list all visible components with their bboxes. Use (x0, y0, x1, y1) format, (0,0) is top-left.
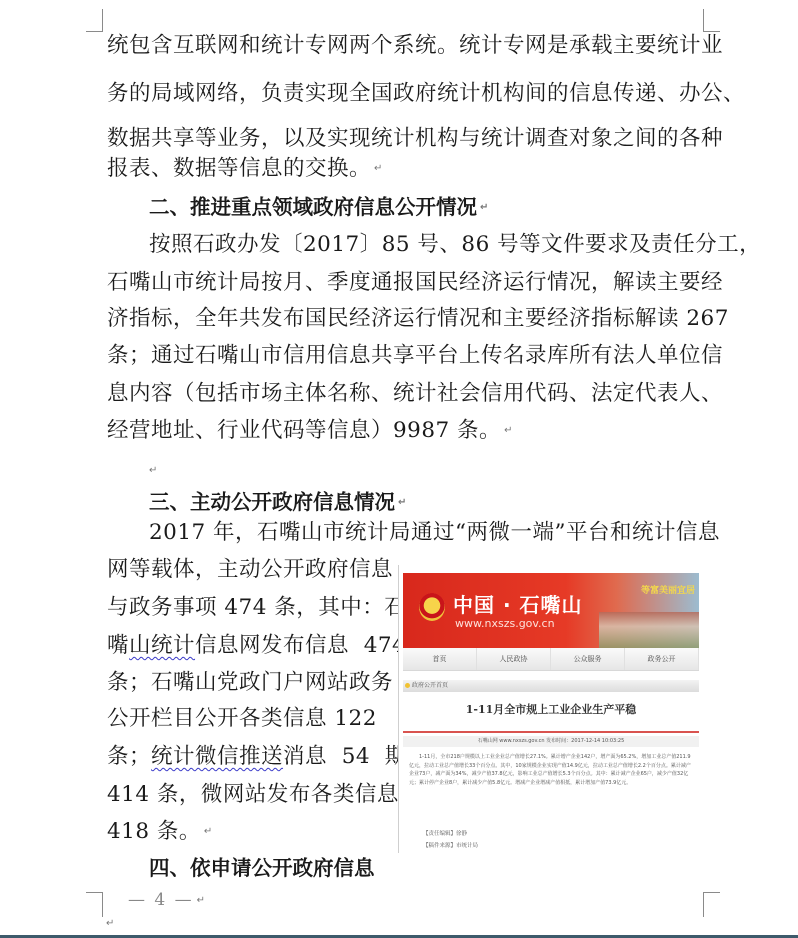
nav-item: 人民政协 (477, 648, 551, 670)
paragraph-line: 统包含互联网和统计专网两个系统。统计专网是承载主要统计业 (107, 27, 699, 65)
page-number: — 4 —↵ (128, 890, 207, 910)
paragraph-mark-icon: ↵ (204, 826, 213, 837)
margin-corner-bottom-right (703, 892, 720, 917)
site-name: 中国 · 石嘴山 (453, 589, 583, 618)
paragraph-mark-icon: ↵ (480, 202, 488, 213)
paragraph-line: 与政务事项 474 条，其中：石 (107, 589, 385, 627)
paragraph-line: 按照石政办发〔2017〕85 号、86 号等文件要求及责任分工， (149, 226, 761, 264)
site-url: www.nxszs.gov.cn (455, 617, 555, 630)
paragraph-mark-icon: ↵ (398, 497, 406, 508)
nav-item: 公众服务 (551, 648, 625, 670)
banner-slogan: 等富美丽宜居 (641, 583, 695, 596)
paragraph-line: 414 条，微网站发布各类信息 (107, 776, 399, 814)
paragraph-line: 网等载体，主动公开政府信息 (107, 551, 385, 589)
embedded-website-screenshot: 中国 · 石嘴山 www.nxszs.gov.cn 等富美丽宜居 首页 人民政协… (398, 565, 699, 853)
paragraph-mark-icon: ↵ (197, 895, 207, 906)
paragraph-line: 条；石嘴山党政门户网站政务 (107, 664, 385, 702)
article-editor: 【责任编辑】徐静 (423, 829, 467, 837)
paragraph-line: 嘴山统计信息网发布信息 474 (107, 627, 406, 665)
margin-corner-top-left (86, 9, 103, 32)
margin-corner-bottom-left (86, 892, 103, 917)
article-title: 1-11月全市规上工业企业生产平稳 (403, 701, 699, 717)
paragraph-line: 2017 年，石嘴山市统计局通过“两微一端”平台和统计信息 (149, 514, 720, 552)
article-body: 1-11月，全市218户规模以上工业企业总产值增长27.1%。累计增产企业142… (409, 753, 691, 787)
paragraph-line: 报表、数据等信息的交换。↵ (107, 150, 383, 188)
paragraph-mark-icon: ↵ (149, 465, 158, 476)
paragraph-mark-icon: ↵ (106, 918, 114, 929)
paragraph-line: 公开栏目公开各类信息 122 (107, 700, 377, 738)
paragraph-mark-icon: ↵ (374, 163, 383, 174)
spellcheck-underline[interactable]: 统计微信推送 (151, 744, 283, 769)
home-icon (405, 683, 410, 688)
paragraph-line: 经营地址、行业代码等信息）9987 条。↵ (107, 412, 513, 450)
article-source: 【稿件来源】市统计局 (423, 841, 478, 849)
nav-item: 首页 (403, 648, 477, 670)
spellcheck-underline[interactable]: 山统计 (129, 633, 195, 658)
paragraph-line: 条；统计微信推送消息 54 期 (107, 738, 407, 776)
paragraph-line: 息内容（包括市场主体名称、统计社会信用代码、法定代表人、 (107, 375, 723, 413)
site-banner: 中国 · 石嘴山 www.nxszs.gov.cn 等富美丽宜居 (403, 573, 699, 648)
national-emblem-icon (419, 593, 445, 621)
paragraph-line: 石嘴山市统计局按月、季度通报国民经济运行情况，解读主要经 (107, 264, 723, 302)
divider (403, 731, 699, 733)
nav-item: 政务公开 (625, 648, 699, 670)
building-image (599, 612, 699, 648)
paragraph-line: 务的局域网络，负责实现全国政府统计机构间的信息传递、办公、 (107, 75, 745, 113)
section-heading-2: 二、推进重点领域政府信息公开情况↵ (149, 188, 488, 227)
section-heading-4: 四、依申请公开政府信息 (149, 849, 375, 887)
breadcrumb: 政府公开首页 (403, 680, 699, 692)
paragraph-line: 418 条。↵ (107, 813, 213, 851)
paragraph-line: 济指标，全年共发布国民经济运行情况和主要经济指标解读 267 (107, 300, 729, 338)
paragraph-mark-icon: ↵ (504, 425, 513, 436)
article-meta: 石嘴山网 www.nxszs.gov.cn 发布时间：2017-12-14 10… (403, 736, 699, 747)
paragraph-line: 条；通过石嘴山市信用信息共享平台上传名录库所有法人单位信 (107, 337, 723, 375)
site-nav: 首页 人民政协 公众服务 政务公开 (403, 648, 699, 671)
